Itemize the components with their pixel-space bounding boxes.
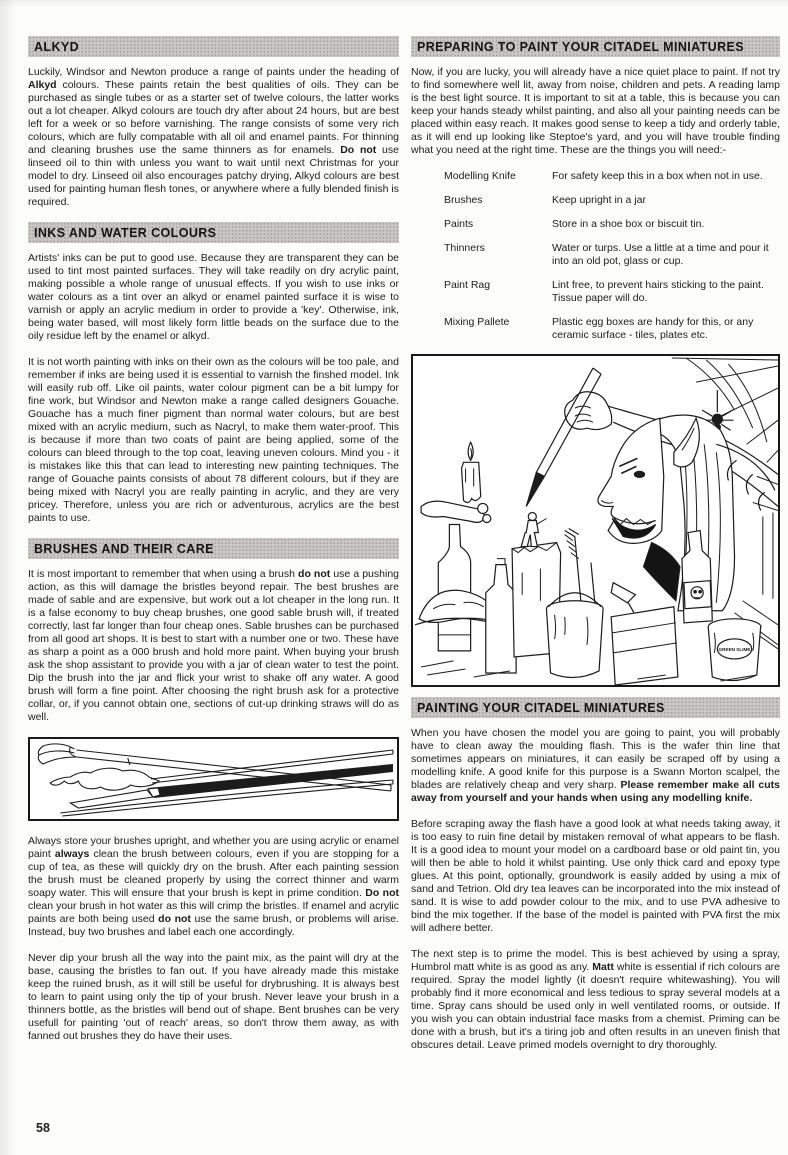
supply-row-modelling-knife: Modelling Knife For safety keep this in …: [444, 170, 780, 183]
supply-desc: Water or turps. Use a little at a time a…: [552, 242, 780, 268]
painting-paragraph-3: The next step is to prime the model. Thi…: [411, 948, 780, 1052]
painting-paragraph-2: Before scraping away the flash have a go…: [411, 818, 780, 935]
supply-desc: Store in a shoe box or biscuit tin.: [552, 218, 780, 231]
green-slime-label: GREEN SLIME: [719, 647, 751, 652]
inks-paragraph-2: It is not worth painting with inks on th…: [28, 356, 399, 525]
left-column: ALKYD Luckily, Windsor and Newton produc…: [28, 36, 399, 1056]
supply-row-thinners: Thinners Water or turps. Use a little at…: [444, 242, 780, 268]
ragged-brush-head-icon: [38, 744, 76, 764]
supply-label: Modelling Knife: [444, 170, 552, 183]
alkyd-paragraph: Luckily, Windsor and Newton produce a ra…: [28, 66, 399, 209]
tall-bottle-icon: [486, 559, 516, 673]
goblin-illustration: GREEN SLIME: [411, 354, 780, 687]
right-column: PREPARING TO PAINT YOUR CITADEL MINIATUR…: [411, 36, 780, 1065]
supply-row-brushes: Brushes Keep upright in a jar: [444, 194, 780, 207]
brushes-illustration: [28, 737, 399, 821]
brushes-paragraph-2: Always store your brushes upright, and w…: [28, 835, 399, 939]
section-heading-inks: INKS AND WATER COLOURS: [28, 222, 399, 243]
goblin-arm: [565, 392, 778, 507]
brushes-drawing: [30, 739, 397, 819]
supplies-list: Modelling Knife For safety keep this in …: [444, 170, 780, 342]
brushes-paragraph-3: Never dip your brush all the way into th…: [28, 952, 399, 1043]
supply-row-mixing-pallete: Mixing Pallete Plastic egg boxes are han…: [444, 316, 780, 342]
supply-row-paint-rag: Paint Rag Lint free, to prevent hairs st…: [444, 279, 780, 305]
supply-desc: Lint free, to prevent hairs sticking to …: [552, 279, 780, 305]
paintbrush-icon: [526, 368, 601, 506]
crate-icon: [611, 583, 678, 685]
painting-paragraph-1: When you have chosen the model you are g…: [411, 727, 780, 805]
section-heading-painting: PAINTING YOUR CITADEL MINIATURES: [411, 697, 780, 718]
supply-desc: Plastic egg boxes are handy for this, or…: [552, 316, 780, 342]
section-heading-brushes: BRUSHES AND THEIR CARE: [28, 538, 399, 559]
supply-row-paints: Paints Store in a shoe box or biscuit ti…: [444, 218, 780, 231]
goblin-drawing: GREEN SLIME: [413, 356, 778, 685]
brushes-paragraph-1: It is most important to remember that wh…: [28, 568, 399, 724]
supply-label: Paints: [444, 218, 552, 231]
wine-bottle-icon: [438, 525, 470, 651]
preparing-paragraph: Now, if you are lucky, you will already …: [411, 66, 780, 157]
supply-label: Mixing Pallete: [444, 316, 552, 342]
jaw-shadow: [644, 543, 680, 601]
goblin-face: [598, 418, 664, 543]
section-heading-alkyd: ALKYD: [28, 36, 399, 57]
pointed-brush-icon: [70, 790, 153, 808]
supply-label: Thinners: [444, 242, 552, 268]
scanned-page: ALKYD Luckily, Windsor and Newton produc…: [0, 0, 788, 1155]
supply-label: Brushes: [444, 194, 552, 207]
section-heading-preparing: PREPARING TO PAINT YOUR CITADEL MINIATUR…: [411, 36, 780, 57]
supply-desc: Keep upright in a jar: [552, 194, 780, 207]
supply-desc: For safety keep this in a box when not i…: [552, 170, 780, 183]
candle-icon: [421, 442, 491, 522]
inks-paragraph-1: Artists' inks can be put to good use. Be…: [28, 252, 399, 343]
page-number: 58: [36, 1121, 50, 1135]
supply-label: Paint Rag: [444, 279, 552, 305]
